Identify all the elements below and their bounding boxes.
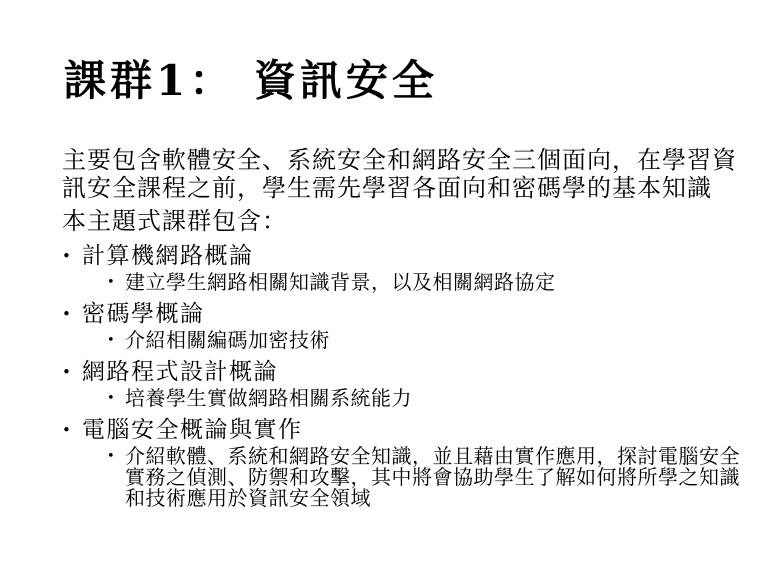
bullet-icon: • xyxy=(107,330,125,351)
slide-body: 主要包含軟體安全、系統安全和網路安全三個面向，在學習資訊安全課程之前，學生需先學… xyxy=(62,146,744,509)
list-item: • 計算機網路概論 xyxy=(62,243,744,269)
list-item: • 網路程式設計概論 xyxy=(62,359,744,385)
bullet-icon: • xyxy=(107,272,125,293)
sub-item-text: 培養學生實做網路相關系統能力 xyxy=(125,388,744,409)
bullet-icon: • xyxy=(62,243,82,269)
intro-paragraph: 主要包含軟體安全、系統安全和網路安全三個面向，在學習資訊安全課程之前，學生需先學… xyxy=(62,146,744,202)
sub-item-text: 介紹軟體、系統和網路安全知識，並且藉由實作應用，探討電腦安全實務之偵測、防禦和攻… xyxy=(125,446,744,509)
sub-item-text: 建立學生網路相關知識背景，以及相關網路協定 xyxy=(125,272,744,293)
bullet-icon: • xyxy=(107,388,125,409)
subheading: 本主題式課群包含： xyxy=(62,207,744,235)
list-item: • 電腦安全概論與實作 xyxy=(62,417,744,443)
bullet-icon: • xyxy=(107,446,125,509)
sub-list-item: • 培養學生實做網路相關系統能力 xyxy=(107,388,744,409)
sub-list-item: • 介紹軟體、系統和網路安全知識，並且藉由實作應用，探討電腦安全實務之偵測、防禦… xyxy=(107,446,744,509)
list-item-label: 計算機網路概論 xyxy=(82,243,744,269)
sub-list-item: • 介紹相關編碼加密技術 xyxy=(107,330,744,351)
list-item-label: 網路程式設計概論 xyxy=(82,359,744,385)
slide: 課群1： 資訊安全 主要包含軟體安全、系統安全和網路安全三個面向，在學習資訊安全… xyxy=(0,0,768,576)
bullet-icon: • xyxy=(62,301,82,327)
sub-list-item: • 建立學生網路相關知識背景，以及相關網路協定 xyxy=(107,272,744,293)
slide-title: 課群1： 資訊安全 xyxy=(64,48,438,108)
list-item: • 密碼學概論 xyxy=(62,301,744,327)
bullet-icon: • xyxy=(62,359,82,385)
list-item-label: 密碼學概論 xyxy=(82,301,744,327)
bullet-icon: • xyxy=(62,417,82,443)
sub-item-text: 介紹相關編碼加密技術 xyxy=(125,330,744,351)
list-item-label: 電腦安全概論與實作 xyxy=(82,417,744,443)
